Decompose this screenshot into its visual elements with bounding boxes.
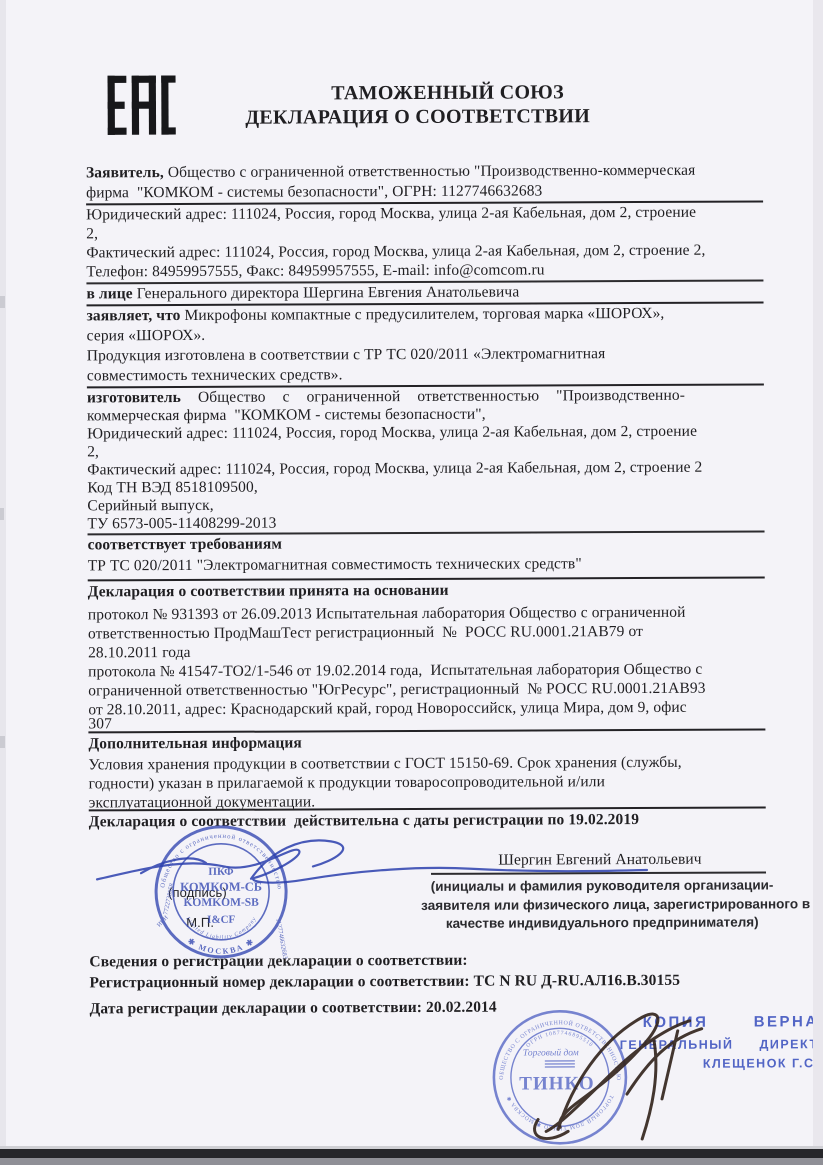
blue-signature [97, 839, 647, 883]
scan-bottom-grey [0, 1158, 823, 1165]
scan-artifact [0, 736, 5, 748]
scan-bottom-band [0, 1149, 823, 1158]
scan-right-edge [813, 0, 823, 1165]
scan-artifact [0, 508, 4, 520]
handwritten-signatures [0, 0, 823, 1165]
scan-left-edge [0, 0, 6, 1165]
document-content: ТАМОЖЕННЫЙ СОЮЗ ДЕКЛАРАЦИЯ О СООТВЕТСТВИ… [0, 0, 823, 1165]
dark-signature [534, 1014, 702, 1140]
scan-artifact [0, 296, 5, 308]
scanned-declaration-page: ТАМОЖЕННЫЙ СОЮЗ ДЕКЛАРАЦИЯ О СООТВЕТСТВИ… [0, 0, 823, 1165]
